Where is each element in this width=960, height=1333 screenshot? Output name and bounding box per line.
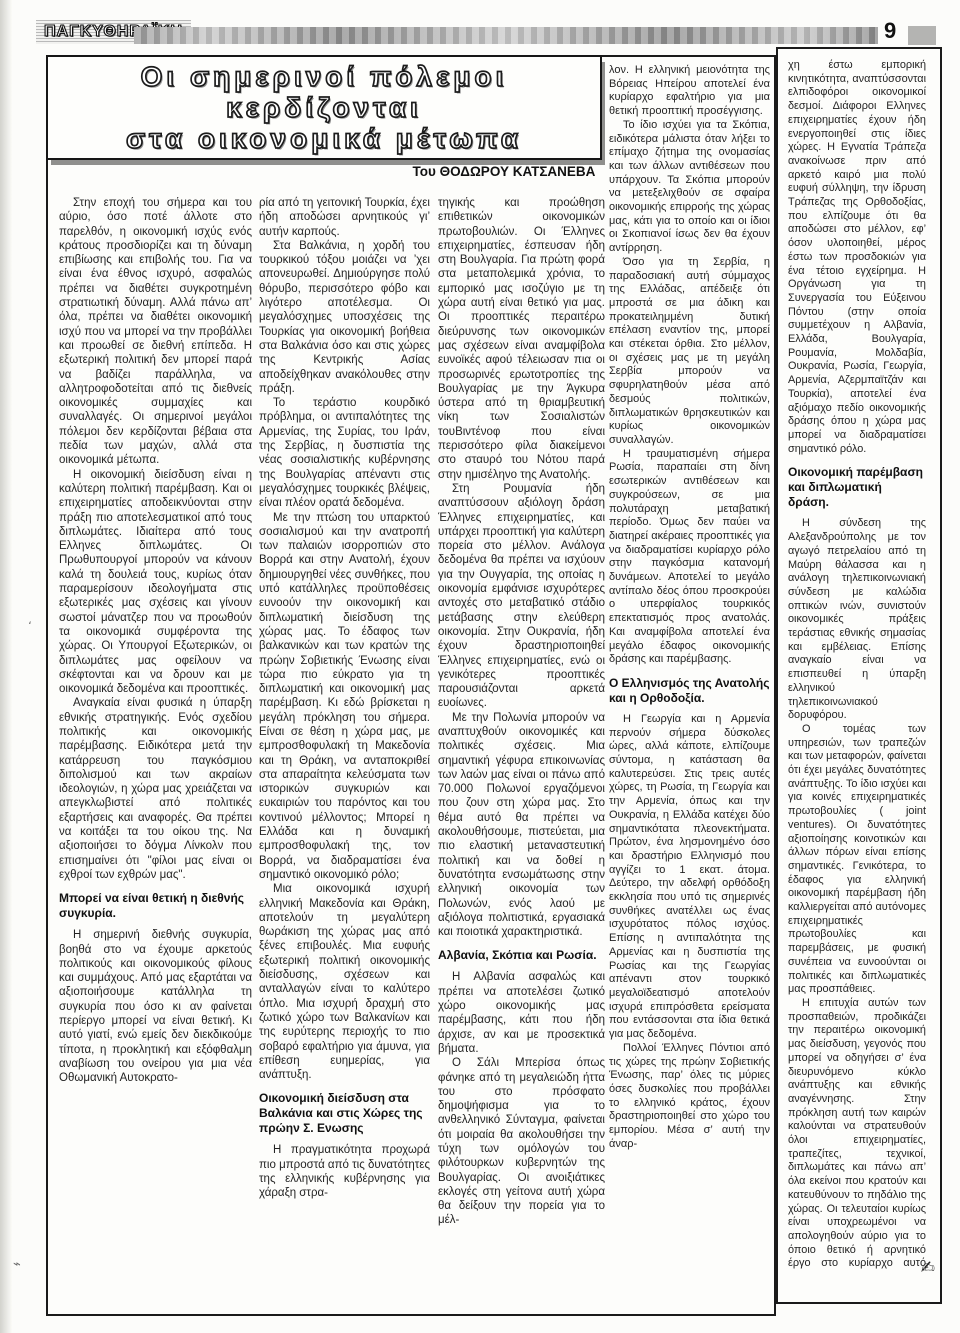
article-paragraph: Η οικονομική διείσδυση είναι η καλύτερη … <box>59 468 252 697</box>
article-paragraph: Ο Σάλι Μπερίσα όπως φάνηκε από τη μεγαλε… <box>438 1056 605 1228</box>
headline-line-1: Οι σημερινοί πόλεμοι <box>141 61 508 92</box>
article-column-4: λον. Η ελληνική μειονότητα της Βόρειας Η… <box>609 64 770 1304</box>
article-paragraph: Με την πτώση του υπαρκτού σοσιαλισμού κα… <box>259 511 430 883</box>
article-column-3: τηγικής και προώθηση επιθετικών οικονομι… <box>438 196 605 1299</box>
headline-line-3: στα οικονομικά μέτωπα <box>126 123 522 154</box>
article-paragraph: Η επιτυχία αυτών των προσπαθειών, προδικ… <box>788 997 926 1271</box>
article-paragraph: Η σύνδεση της Αλεξανδρούπολης με τον αγω… <box>788 517 926 723</box>
article-frame: Οι σημερινοί πόλεμοι κερδίζονται στα οικ… <box>46 55 776 1316</box>
article-column-5-box: χη έστω εμπορική κινητικότητα, αναπτύσσο… <box>776 47 942 1304</box>
article-subhead: Οικονομική διείσδυση στα Βαλκάνια και στ… <box>259 1091 430 1136</box>
article-paragraph: Στα Βαλκάνια, η χορδή του τουρκικού τόξο… <box>259 239 430 396</box>
article-paragraph: Στη Ρουμανία ήδη αναπτύσσουν αξιόλογη δρ… <box>438 482 605 711</box>
article-column-1: Στην εποχή του σήμερα και του αύριο, όσο… <box>59 196 252 1299</box>
article-subhead: Οικονομική παρέμβαση και διπλωματική δρά… <box>788 465 926 510</box>
article-column-2: ρία από τη γειτονική Τουρκία, έχει ήδη α… <box>259 196 430 1299</box>
article-paragraph: Πολλοί Έλληνες Πόντιοι από τις χώρες της… <box>609 1042 770 1152</box>
article-paragraph: Με την Πολωνία μπορούν να αναπτυχθούν οι… <box>438 711 605 940</box>
article-paragraph: Η πραγματικότητα προχωρά πιο μπροστά από… <box>259 1143 430 1200</box>
article-paragraph: Μια οικονομικά ισχυρή ελληνική Μακεδονία… <box>259 882 430 1082</box>
article-paragraph: Αναγκαία είναι φυσικά η ύπαρξη εθνικής σ… <box>59 696 252 882</box>
scan-artifact-mark: ⌁ <box>13 1256 21 1272</box>
page-number: 9 <box>884 18 896 44</box>
article-paragraph: χη έστω εμπορική κινητικότητα, αναπτύσσο… <box>788 59 926 456</box>
headline-line-2: κερδίζονται <box>226 92 422 123</box>
article-paragraph: ρία από τη γειτονική Τουρκία, έχει ήδη α… <box>259 196 430 239</box>
article-paragraph: Η Αλβανία ασφαλώς και πρέπει να αποτελέσ… <box>438 970 605 1056</box>
article-subhead: Ο Ελληνισμός της Ανατολής και η Ορθοδοξί… <box>609 676 770 706</box>
masthead-banner-strip <box>134 27 878 44</box>
end-of-article-icon: ✍ <box>921 1258 935 1278</box>
corner-gray-block <box>908 26 936 45</box>
article-paragraph: Η Γεωργία και η Αρμενία περνούν σήμερα δ… <box>609 713 770 1042</box>
scan-artifact-mark: ، <box>28 614 32 627</box>
article-subhead: Αλβανία, Σκόπια και Ρωσία. <box>438 948 605 963</box>
scan-edge-shadow <box>0 0 12 1333</box>
article-paragraph: Στην εποχή του σήμερα και του αύριο, όσο… <box>59 196 252 468</box>
article-paragraph: τηγικής και προώθηση επιθετικών οικονομι… <box>438 196 605 482</box>
article-paragraph: Η τραυματισμένη σήμερα Ρωσία, παραπαίει … <box>609 448 770 667</box>
article-paragraph: λον. Η ελληνική μειονότητα της Βόρειας Η… <box>609 64 770 119</box>
article-subhead: Μπορεί να είναι θετική η διεθνής συγκυρί… <box>59 891 252 921</box>
article-paragraph: Το ίδιο ισχύει για τα Σκόπια, ειδικότερα… <box>609 119 770 256</box>
article-paragraph: Όσο για τη Σερβία, η παραδοσιακή αυτή σύ… <box>609 256 770 448</box>
article-byline: Του ΘΟΔΩΡΟΥ ΚΑΤΣΑΝΕΒΑ <box>384 164 624 179</box>
article-paragraph: Ο τομέας των υπηρεσιών, των τραπεζών και… <box>788 723 926 997</box>
article-paragraph: Το τεράστιο κουρδικό πρόβλημα, οι αντιπα… <box>259 396 430 510</box>
article-headline-box: Οι σημερινοί πόλεμοι κερδίζονται στα οικ… <box>46 55 602 160</box>
article-column-5: χη έστω εμπορική κινητικότητα, αναπτύσσο… <box>788 59 926 1271</box>
newspaper-page: ΠΑΓΚΥΘΗΡΑΪΚΗ 9 Οι σημερινοί πόλεμοι κερδ… <box>0 0 960 1333</box>
article-paragraph: Η σημερινή διεθνής συγκυρία, βοηθά στο ν… <box>59 928 252 1085</box>
